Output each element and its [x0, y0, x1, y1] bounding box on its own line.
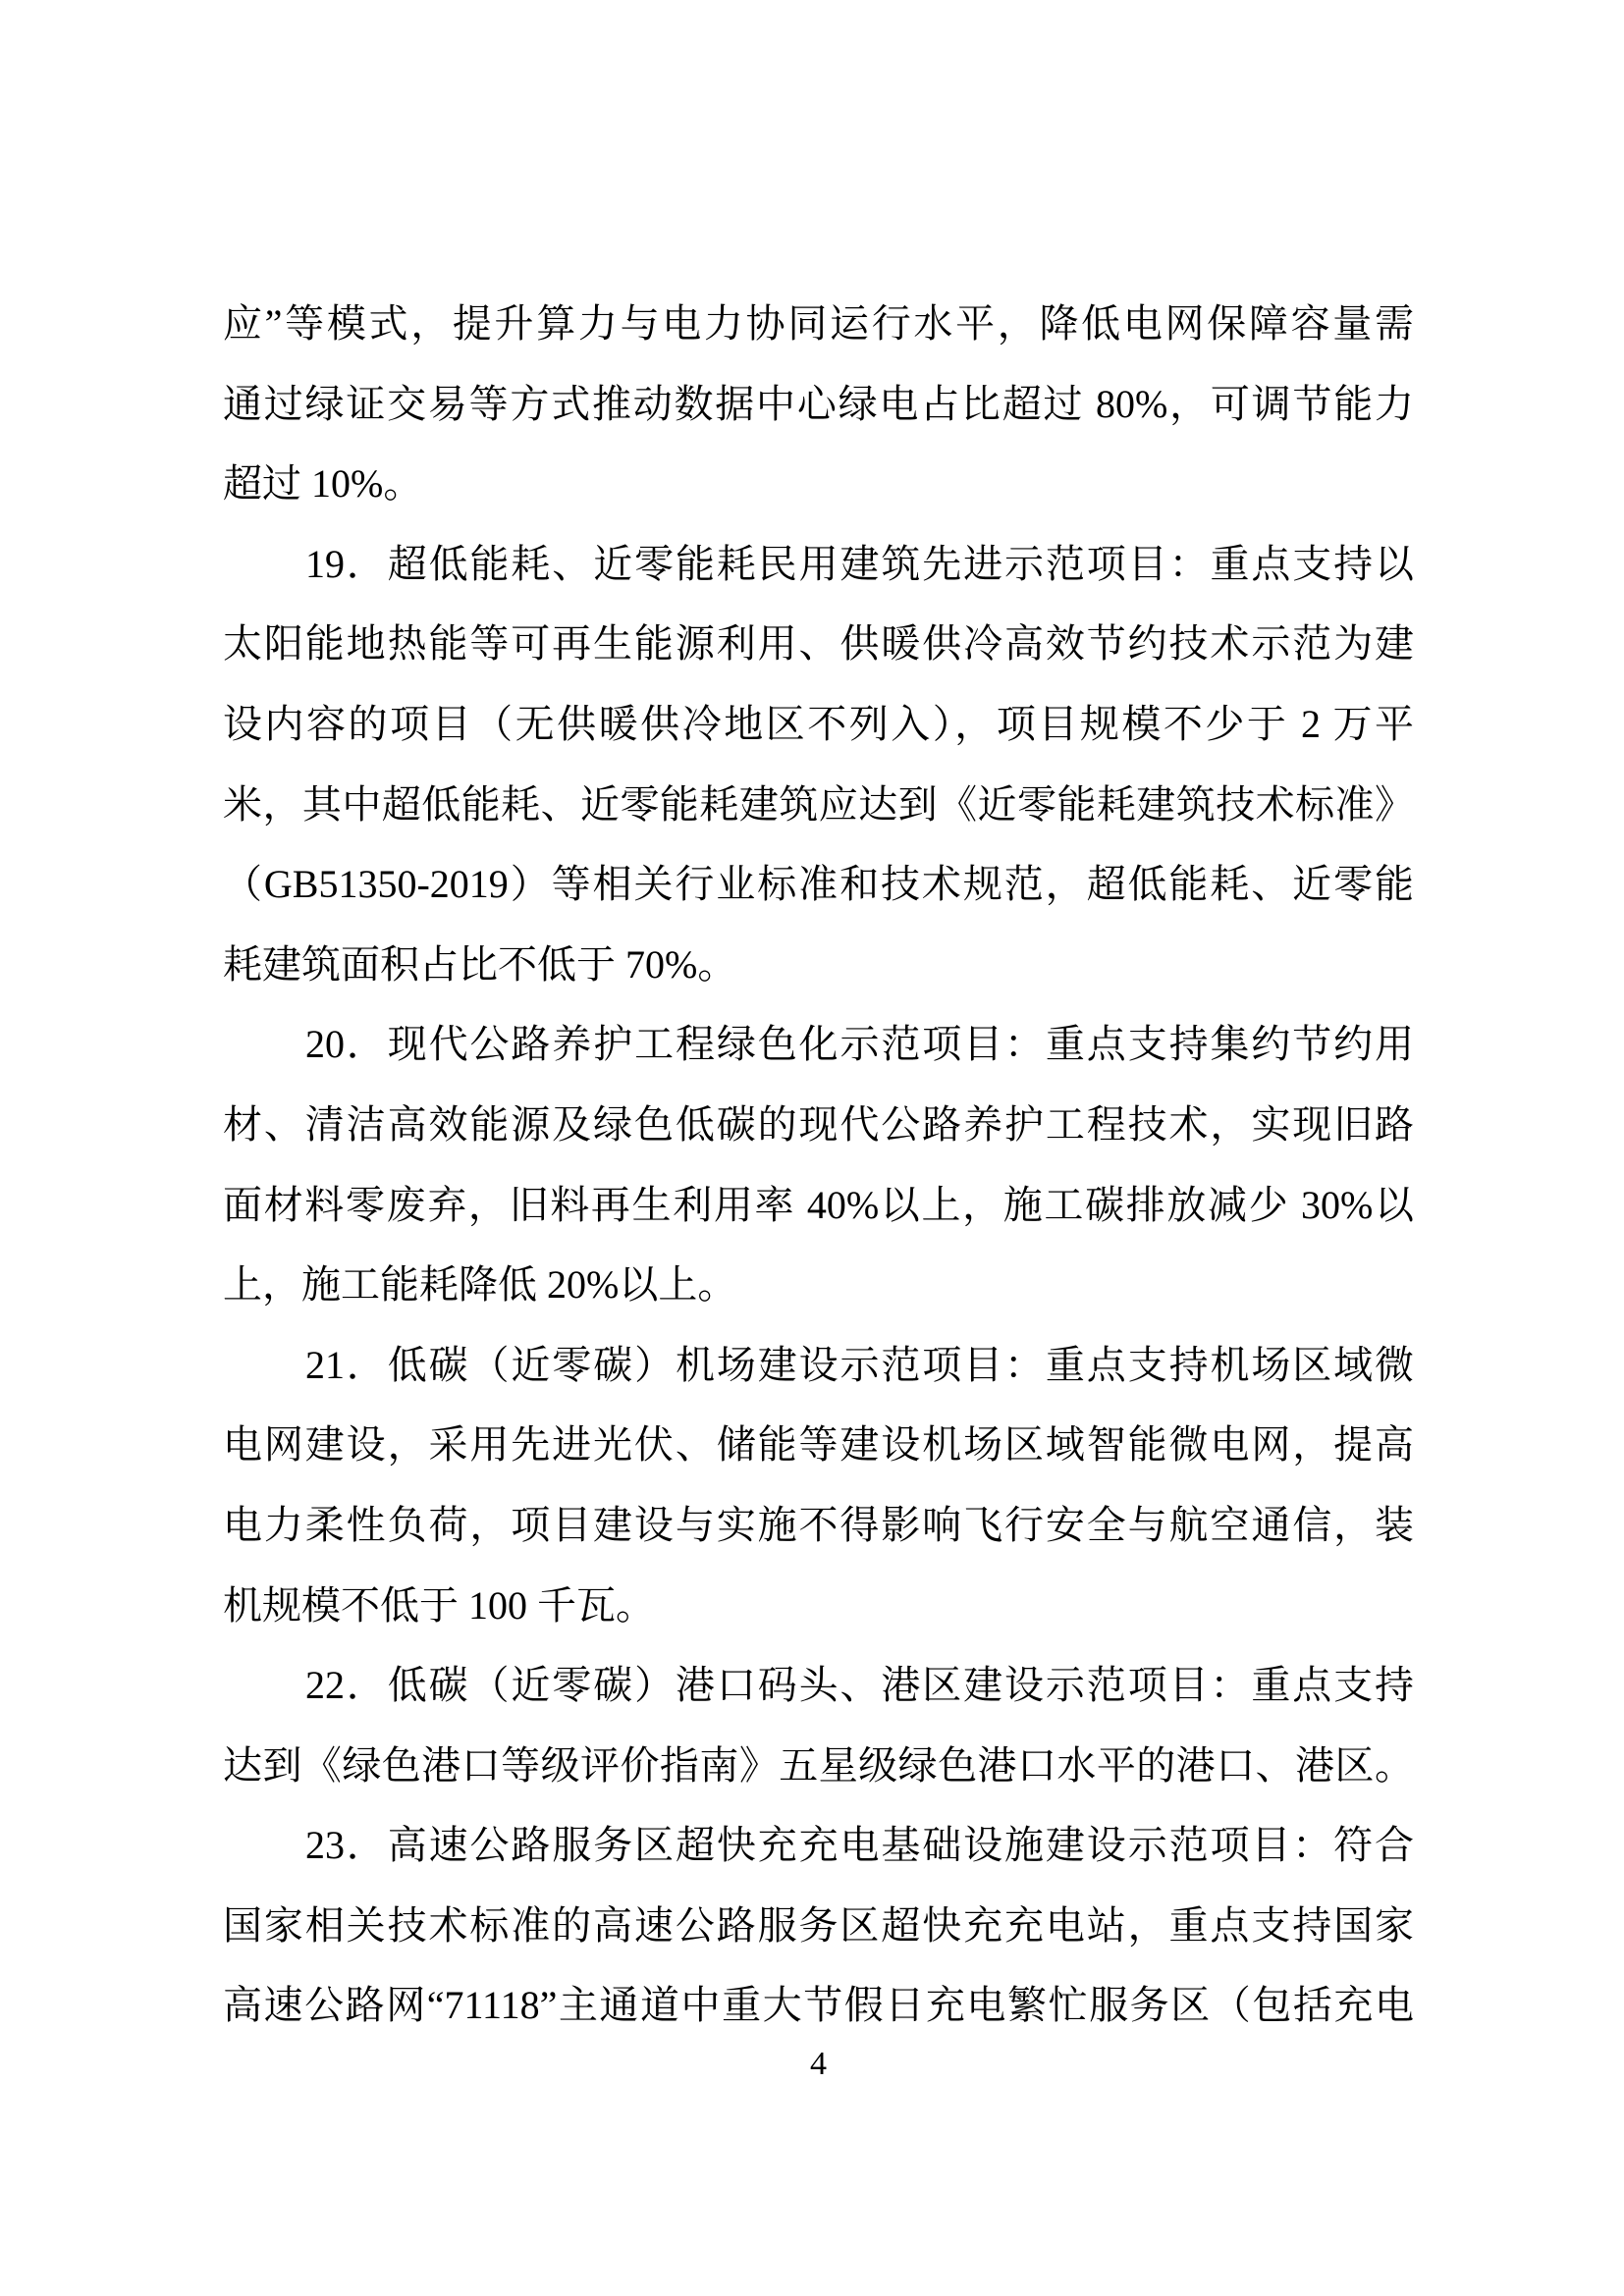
text-line: （GB51350-2019）等相关行业标准和技术规范，超低能耗、近零能	[223, 844, 1414, 925]
text-line: 上，施工能耗降低 20%以上。	[223, 1245, 1414, 1325]
text-line: 应”等模式，提升算力与电力协同运行水平，降低电网保障容量需求，	[223, 284, 1414, 364]
text-line: 耗建筑面积占比不低于 70%。	[223, 925, 1414, 1005]
text-line: 设内容的项目（无供暖供冷地区不列入），项目规模不少于 2 万平	[223, 684, 1414, 765]
text-line: 23．高速公路服务区超快充充电基础设施建设示范项目：符合	[223, 1805, 1414, 1886]
text-line: 米，其中超低能耗、近零能耗建筑应达到《近零能耗建筑技术标准》	[223, 765, 1414, 845]
text-line: 高速公路网“71118”主通道中重大节假日充电繁忙服务区（包括充电	[223, 1965, 1414, 2046]
text-line: 通过绿证交易等方式推动数据中心绿电占比超过 80%，可调节能力	[223, 364, 1414, 445]
text-line: 22．低碳（近零碳）港口码头、港区建设示范项目：重点支持	[223, 1645, 1414, 1726]
text-line: 19．超低能耗、近零能耗民用建筑先进示范项目：重点支持以	[223, 524, 1414, 605]
text-line: 电力柔性负荷，项目建设与实施不得影响飞行安全与航空通信，装	[223, 1485, 1414, 1566]
text-line: 材、清洁高效能源及绿色低碳的现代公路养护工程技术，实现旧路	[223, 1085, 1414, 1165]
text-line: 达到《绿色港口等级评价指南》五星级绿色港口水平的港口、港区。	[223, 1726, 1414, 1806]
page-number: 4	[223, 2040, 1414, 2089]
text-line: 国家相关技术标准的高速公路服务区超快充充电站，重点支持国家	[223, 1886, 1414, 1966]
text-line: 21．低碳（近零碳）机场建设示范项目：重点支持机场区域微	[223, 1325, 1414, 1406]
text-line: 面材料零废弃，旧料再生利用率 40%以上，施工碳排放减少 30%以	[223, 1165, 1414, 1246]
text-block: 应”等模式，提升算力与电力协同运行水平，降低电网保障容量需求，通过绿证交易等方式…	[223, 284, 1414, 2046]
document-page: 应”等模式，提升算力与电力协同运行水平，降低电网保障容量需求，通过绿证交易等方式…	[0, 0, 1624, 2296]
text-line: 超过 10%。	[223, 444, 1414, 524]
text-line: 电网建设，采用先进光伏、储能等建设机场区域智能微电网，提高	[223, 1405, 1414, 1485]
text-line: 太阳能地热能等可再生能源利用、供暖供冷高效节约技术示范为建	[223, 604, 1414, 684]
text-line: 20．现代公路养护工程绿色化示范项目：重点支持集约节约用	[223, 1004, 1414, 1085]
text-line: 机规模不低于 100 千瓦。	[223, 1566, 1414, 1646]
